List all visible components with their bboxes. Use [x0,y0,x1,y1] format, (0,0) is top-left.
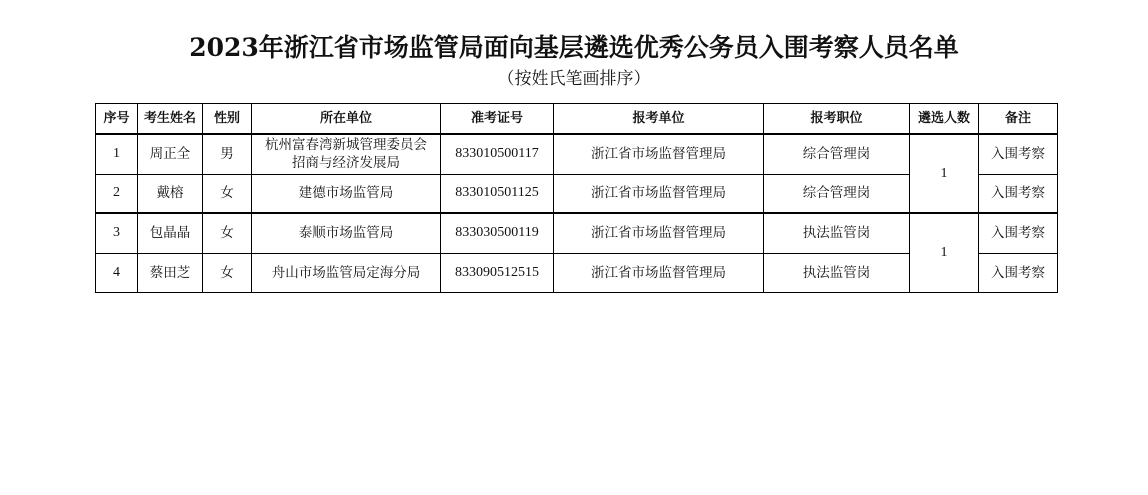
cell-no: 4 [96,253,138,292]
cell-quota: 1 [910,134,979,213]
cell-apply-unit: 浙江省市场监督管理局 [554,174,764,213]
header-gender: 性别 [203,104,252,135]
table-row: 3 包晶晶 女 泰顺市场监管局 833030500119 浙江省市场监督管理局 … [96,213,1058,253]
cell-note: 入围考察 [979,134,1058,174]
cell-no: 2 [96,174,138,213]
cell-exam-id: 833010501125 [441,174,554,213]
unit-line: 招商与经济发展局 [252,154,440,172]
header-note: 备注 [979,104,1058,135]
cell-gender: 女 [203,213,252,253]
page-subtitle: （按姓氏笔画排序） [0,64,1148,89]
cell-current-unit: 建德市场监管局 [252,174,441,213]
page-title: 2023年浙江省市场监管局面向基层遴选优秀公务员入围考察人员名单 [0,28,1148,64]
header-position: 报考职位 [764,104,910,135]
cell-exam-id: 833010500117 [441,134,554,174]
cell-position: 综合管理岗 [764,174,910,213]
header-exam-id: 准考证号 [441,104,554,135]
cell-exam-id: 833030500119 [441,213,554,253]
cell-note: 入围考察 [979,174,1058,213]
cell-current-unit: 杭州富春湾新城管理委员会招商与经济发展局 [252,134,441,174]
header-apply-unit: 报考单位 [554,104,764,135]
table-header-row: 序号 考生姓名 性别 所在单位 准考证号 报考单位 报考职位 遴选人数 备注 [96,104,1058,135]
header-current-unit: 所在单位 [252,104,441,135]
unit-line: 杭州富春湾新城管理委员会 [252,136,440,154]
cell-apply-unit: 浙江省市场监督管理局 [554,253,764,292]
table-row: 1 周正全 男 杭州富春湾新城管理委员会招商与经济发展局 83301050011… [96,134,1058,174]
header-quota: 遴选人数 [910,104,979,135]
cell-apply-unit: 浙江省市场监督管理局 [554,213,764,253]
cell-gender: 男 [203,134,252,174]
cell-no: 1 [96,134,138,174]
cell-note: 入围考察 [979,253,1058,292]
cell-name: 戴榕 [138,174,203,213]
cell-current-unit: 泰顺市场监管局 [252,213,441,253]
cell-position: 综合管理岗 [764,134,910,174]
cell-name: 周正全 [138,134,203,174]
candidates-table: 序号 考生姓名 性别 所在单位 准考证号 报考单位 报考职位 遴选人数 备注 1… [95,103,1058,293]
cell-no: 3 [96,213,138,253]
cell-position: 执法监管岗 [764,213,910,253]
cell-note: 入围考察 [979,213,1058,253]
cell-quota: 1 [910,213,979,292]
cell-current-unit: 舟山市场监管局定海分局 [252,253,441,292]
cell-name: 蔡田芝 [138,253,203,292]
cell-name: 包晶晶 [138,213,203,253]
header-name: 考生姓名 [138,104,203,135]
header-no: 序号 [96,104,138,135]
cell-gender: 女 [203,253,252,292]
cell-apply-unit: 浙江省市场监督管理局 [554,134,764,174]
cell-gender: 女 [203,174,252,213]
cell-position: 执法监管岗 [764,253,910,292]
cell-exam-id: 833090512515 [441,253,554,292]
